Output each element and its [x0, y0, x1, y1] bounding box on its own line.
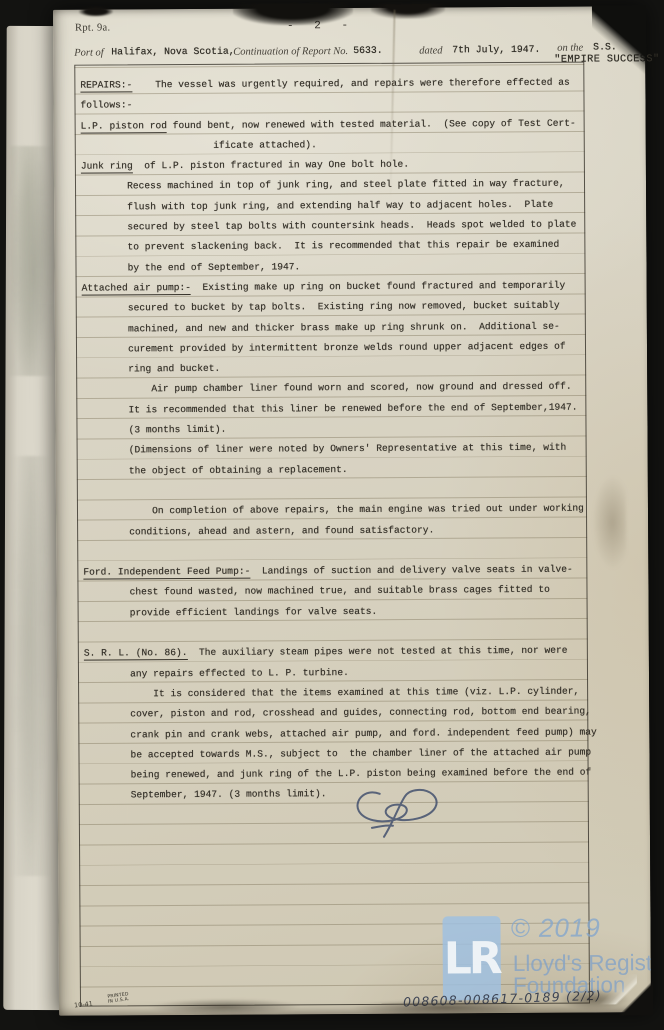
typed-line: On completion of above repairs, the main…: [83, 499, 583, 522]
typed-line: secured to bucket by tap bolts. Existing…: [82, 296, 582, 319]
underlined-heading: Ford. Independent Feed Pump:-: [83, 566, 250, 580]
typed-text: secured to bucket by tap bolts. Existing…: [82, 300, 560, 314]
typed-text: cover, piston and rod, crosshead and gui…: [84, 706, 591, 720]
typed-text: secured by steel tap bolts with counters…: [81, 219, 576, 233]
bottom-edge-smudge: [149, 998, 299, 1015]
port-value: Halifax, Nova Scotia,: [111, 46, 235, 58]
torn-corner-top-right: [592, 5, 646, 75]
typed-line: Recess machined in top of junk ring, and…: [81, 174, 581, 197]
typed-text: The vessel was urgently required, and re…: [132, 77, 570, 91]
torn-edge-top: [79, 6, 113, 16]
typed-line-heading: S. R. L. (No. 86). The auxiliary steam p…: [84, 641, 584, 664]
report-number: 5633.: [353, 45, 382, 56]
typed-line: to prevent slackening back. It is recomm…: [81, 235, 581, 258]
typed-text: Air pump chamber liner found worn and sc…: [82, 381, 571, 395]
typed-text: to prevent slackening back. It is recomm…: [81, 239, 559, 253]
typed-text: being renewed, and junk ring of the L.P.…: [85, 767, 592, 781]
typed-line: Air pump chamber liner found worn and sc…: [82, 377, 582, 400]
typed-text: provide efficient landings for valve sea…: [84, 606, 378, 619]
underlined-heading: S. R. L. (No. 86).: [84, 647, 188, 661]
typed-line: machined, and new and thicker brass make…: [82, 316, 582, 339]
typed-line: It is recommended that this liner be ren…: [82, 397, 582, 420]
typed-text: It is recommended that this liner be ren…: [82, 401, 577, 415]
typed-line: chest found wasted, now machined true, a…: [83, 580, 583, 603]
bottom-edge-smudge: [349, 999, 539, 1016]
torn-edge-top: [371, 3, 445, 18]
typed-line: being renewed, and junk ring of the L.P.…: [85, 763, 585, 786]
typed-text: The auxiliary steam pipes were not teste…: [187, 645, 567, 658]
report-date: 7th July, 1947.: [452, 44, 540, 56]
typed-text: (Dimensions of liner were noted by Owner…: [83, 442, 567, 456]
ink-bleed-smudge: [9, 146, 54, 376]
torn-edge-top: [233, 3, 353, 26]
dated-label: dated: [419, 45, 442, 56]
typed-line: crank pin and crank webs, attached air p…: [84, 722, 584, 745]
typed-line: curement provided by intermittent bronze…: [82, 336, 582, 359]
typed-text: curement provided by intermittent bronze…: [82, 341, 566, 355]
typed-text: chest found wasted, now machined true, a…: [83, 584, 549, 598]
typed-line: (Dimensions of liner were noted by Owner…: [83, 438, 583, 461]
typed-text: by the end of September, 1947.: [81, 261, 300, 273]
typed-text: follows:-: [80, 100, 132, 111]
typed-text: found bent, now renewed with tested mate…: [167, 117, 576, 130]
underlined-heading: Junk ring: [81, 161, 133, 174]
surveyor-signature-ink: [344, 777, 450, 842]
continuation-label: Continuation of Report No.: [233, 46, 348, 58]
typed-text: Recess machined in top of junk ring, and…: [81, 178, 565, 192]
underlined-heading: L.P. piston rod: [81, 120, 167, 134]
typed-text: conditions, ahead and astern, and found …: [83, 524, 434, 537]
typed-text: flush with top junk ring, and extending …: [81, 199, 553, 213]
report-page: Rpt. 9a. - 2 - Port of Halifax, Nova Sco…: [53, 6, 651, 1016]
typed-text: September, 1947. (3 months limit).: [85, 789, 327, 801]
typed-line-heading: L.P. piston rod found bent, now renewed …: [81, 113, 581, 136]
typed-text: Existing make up ring on bucket found fr…: [191, 280, 565, 293]
underlined-heading: Attached air pump:-: [82, 282, 191, 296]
typed-text: On completion of above repairs, the main…: [83, 503, 584, 517]
folded-corner-highlight: [597, 974, 637, 1004]
typed-text: be accepted towards M.S., subject to the…: [84, 746, 591, 760]
typed-text: crank pin and crank webs, attached air p…: [84, 726, 596, 740]
typed-text: any repairs effected to L. P. turbine.: [84, 667, 349, 680]
typed-text: ring and bucket.: [82, 363, 220, 375]
typed-text: of L.P. piston fractured in way One bolt…: [133, 159, 409, 172]
on-the-label: on the: [557, 43, 583, 54]
form-reference: Rpt. 9a.: [75, 22, 110, 33]
typed-report-body: REPAIRS:- The vessel was urgently requir…: [80, 73, 584, 807]
typed-line-heading: REPAIRS:- The vessel was urgently requir…: [80, 73, 580, 96]
typed-text: (3 months limit).: [82, 424, 226, 436]
typed-text: Landings of suction and delivery valve s…: [250, 564, 572, 577]
underlined-heading: REPAIRS:-: [80, 79, 132, 92]
typed-text: machined, and new and thicker brass make…: [82, 320, 560, 334]
form-code: 10-41: [74, 1000, 94, 1010]
typed-line: September, 1947. (3 months limit).: [85, 783, 585, 806]
paper-wrinkle: [592, 474, 627, 570]
ink-bleed-smudge: [10, 456, 51, 876]
typed-text: ificate attached).: [81, 139, 317, 151]
typed-line: cover, piston and rod, crosshead and gui…: [84, 702, 584, 725]
typed-text: the object of obtaining a replacement.: [83, 464, 348, 477]
typed-text: It is considered that the items examined…: [84, 686, 579, 700]
port-label: Port of: [74, 48, 104, 59]
